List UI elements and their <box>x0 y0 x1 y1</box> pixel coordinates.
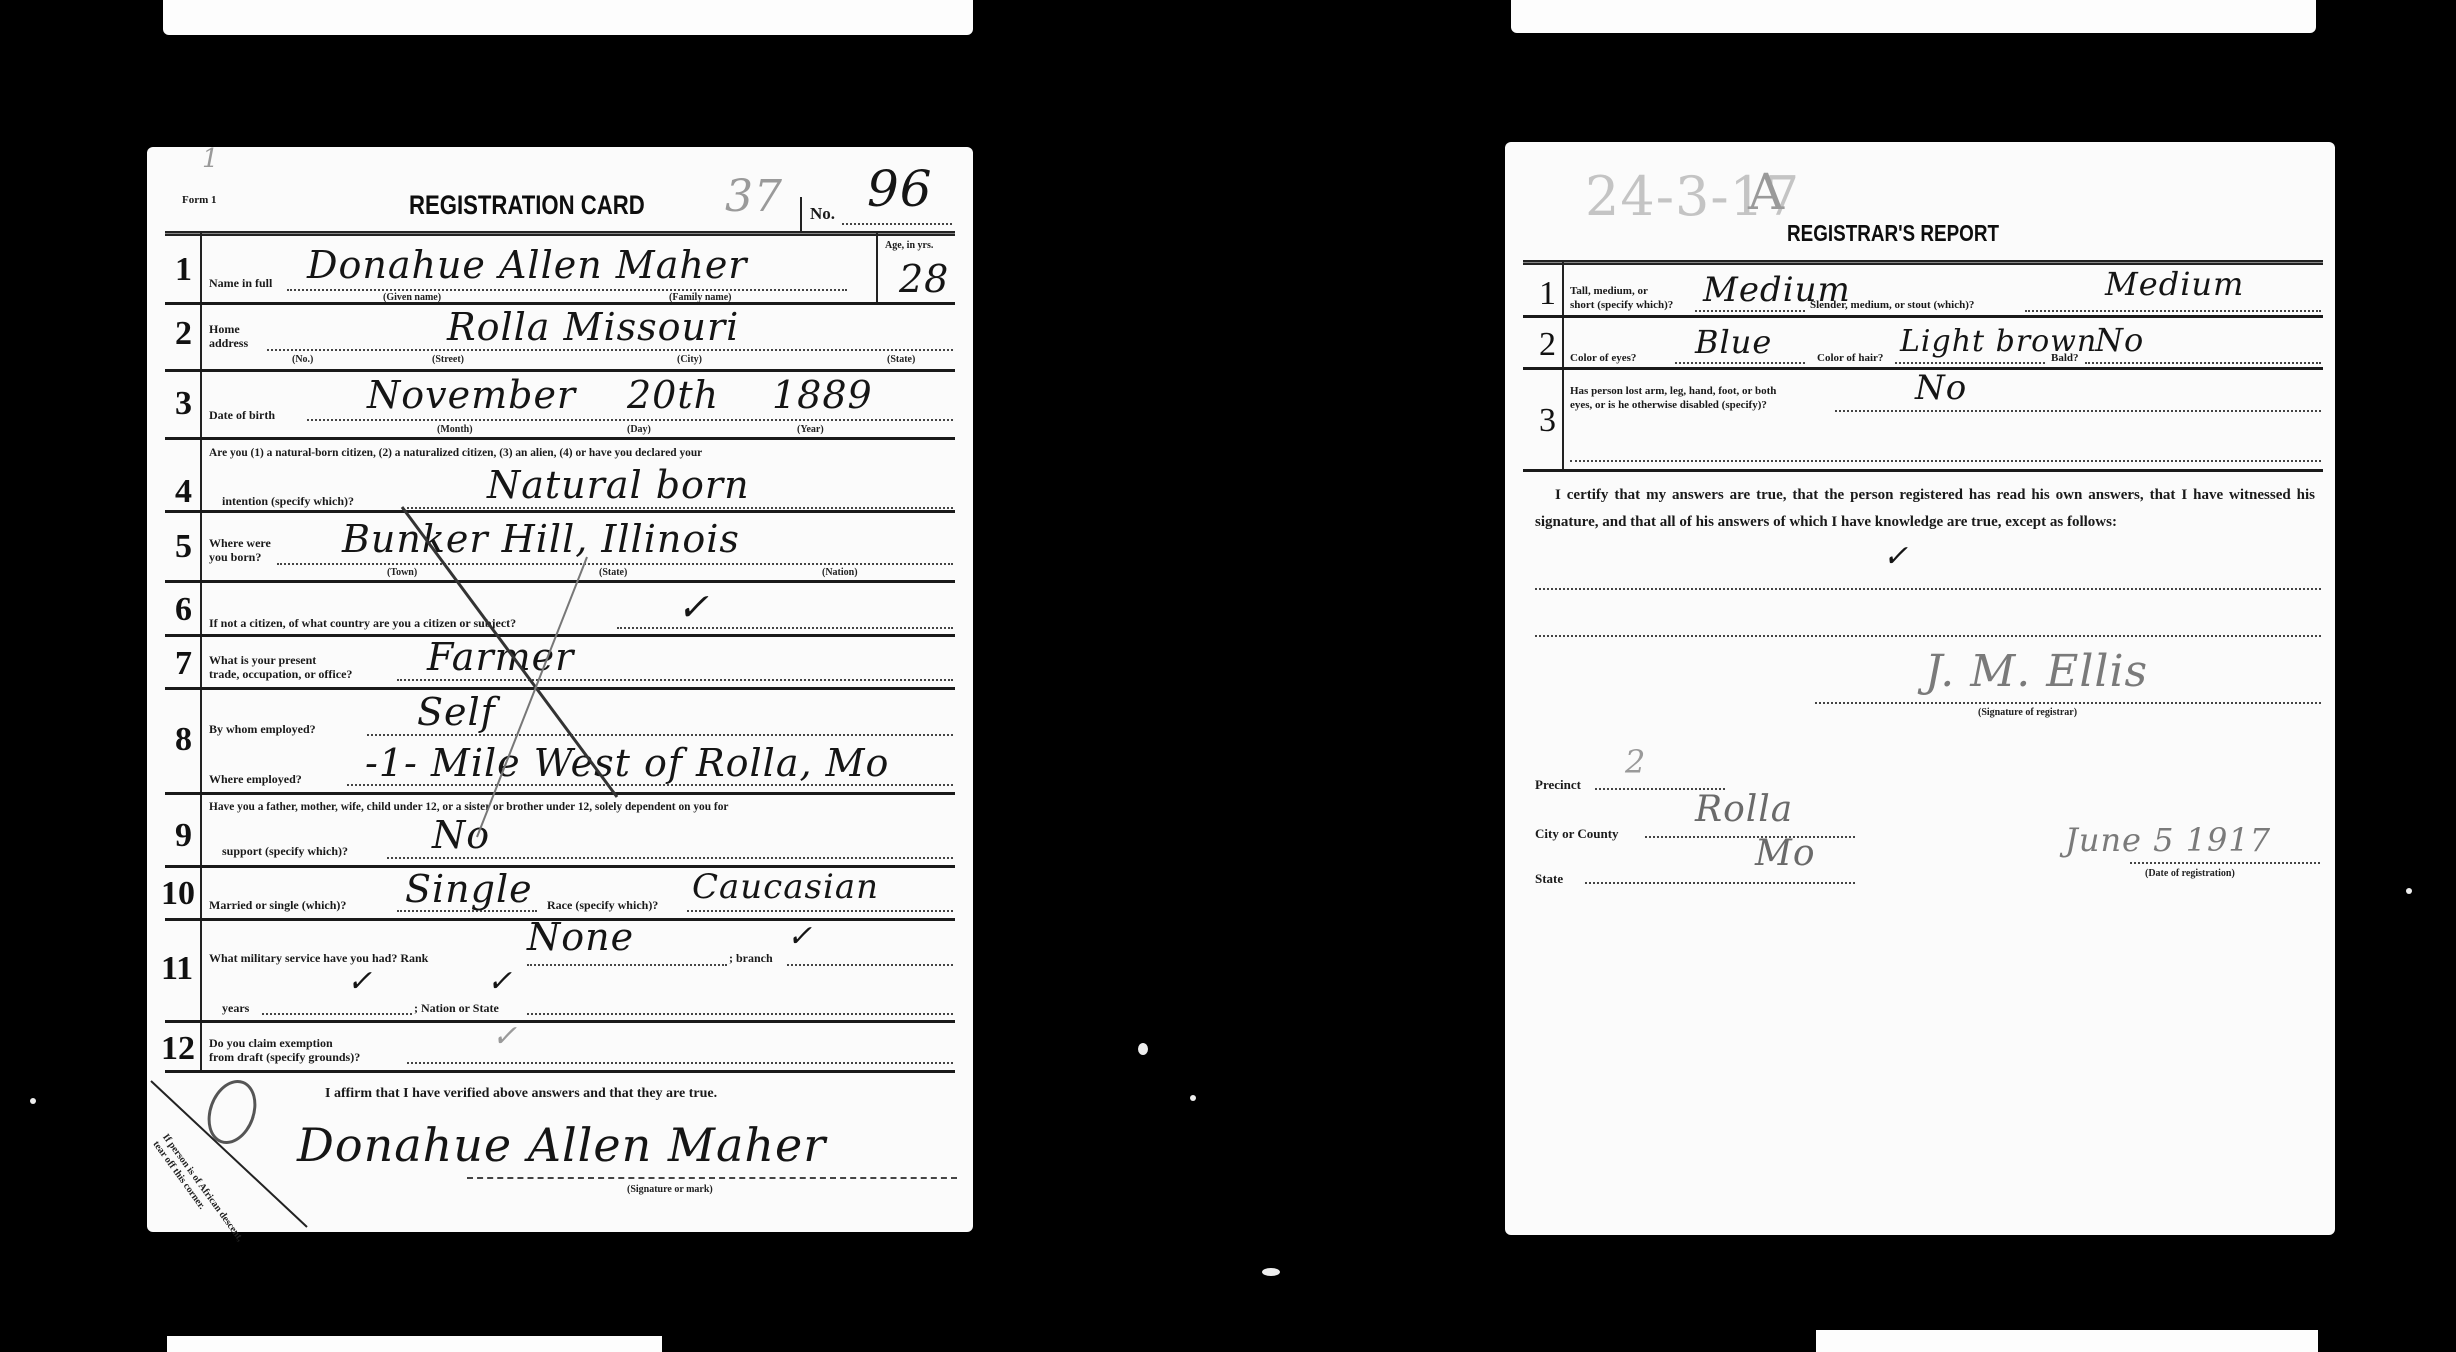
dust-speck <box>2406 888 2412 894</box>
registration-date-caption: (Date of registration) <box>2145 868 2235 879</box>
state-value: Mo <box>1755 834 1816 874</box>
city-value: Rolla <box>1695 790 1793 830</box>
partial-card-bottom-left <box>167 1336 662 1352</box>
exception-mark: ✓ <box>1883 537 1909 577</box>
build-value: Medium <box>2105 264 2244 304</box>
registration-date-value: June 5 1917 <box>2065 820 2271 860</box>
precinct-value: 2 <box>1625 742 1646 782</box>
row-number: 1 <box>1539 277 1556 311</box>
registrar-signature: J. M. Ellis <box>1925 652 2148 692</box>
registrars-report-card: 24-3-17 A REGISTRAR'S REPORT 1 Tall, med… <box>1505 142 2335 1235</box>
partial-card-top-left <box>163 0 973 35</box>
eye-color-value: Blue <box>1695 322 1772 362</box>
dust-speck <box>1138 1043 1148 1055</box>
certification-text: I certify that my answers are true, that… <box>1535 482 2315 536</box>
dust-speck <box>30 1098 36 1104</box>
partial-card-top-right <box>1511 0 2316 33</box>
report-title: REGISTRAR'S REPORT <box>1787 220 1999 247</box>
registration-card: Form 1 1 REGISTRATION CARD 37 No. 96 1 N… <box>147 147 973 1232</box>
partial-card-bottom-right <box>1816 1330 2318 1352</box>
pencil-cross-mark <box>147 147 973 1232</box>
stamp-letter: A <box>1748 172 1785 212</box>
dust-speck <box>1190 1095 1196 1101</box>
disability-value: No <box>1915 368 1967 408</box>
dust-speck <box>1262 1268 1280 1276</box>
registrar-signature-caption: (Signature of registrar) <box>1978 707 2077 718</box>
bald-value: No <box>2095 320 2144 360</box>
row-number: 3 <box>1539 404 1556 438</box>
row-number: 2 <box>1539 328 1556 362</box>
